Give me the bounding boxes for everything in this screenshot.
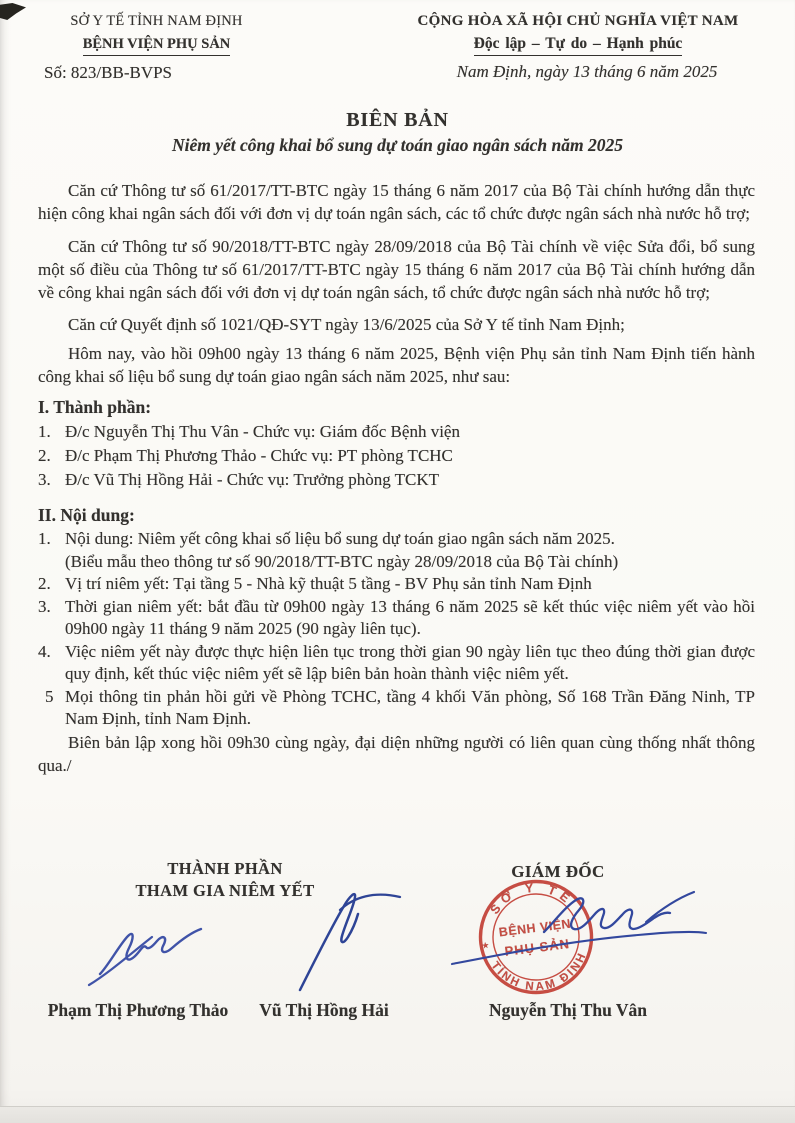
list-item: 4. Việc niêm yết này được thực hiện liên… <box>38 641 755 686</box>
section-2-heading: II. Nội dung: <box>38 503 755 527</box>
title-block: BIÊN BẢN Niêm yết công khai bổ sung dự t… <box>0 109 795 156</box>
list-item: 2. Vị trí niêm yết: Tại tầng 5 - Nhà kỹ … <box>38 573 755 596</box>
content-list: 1. Nội dung: Niêm yết công khai số liệu … <box>38 528 755 731</box>
document-body: Căn cứ Thông tư số 61/2017/TT-BTC ngày 1… <box>38 179 755 777</box>
paragraph-opening: Hôm nay, vào hồi 09h00 ngày 13 tháng 6 n… <box>38 342 755 388</box>
national-motto: Độc lập – Tự do – Hạnh phúc <box>413 35 743 56</box>
list-item: 1. Nội dung: Niêm yết công khai số liệu … <box>38 528 755 573</box>
place-and-date: Nam Định, ngày 13 tháng 6 năm 2025 <box>431 62 743 82</box>
closing-paragraph: Biên bản lập xong hồi 09h30 cùng ngày, đ… <box>38 731 755 777</box>
participants-list: 1. Đ/c Nguyễn Thị Thu Vân - Chức vụ: Giá… <box>38 420 755 492</box>
paragraph-legal-basis-3: Căn cứ Quyết định số 1021/QĐ-SYT ngày 13… <box>38 313 755 336</box>
scanned-document-page: SỞ Y TẾ TỈNH NAM ĐỊNH BỆNH VIỆN PHỤ SẢN … <box>0 0 795 1123</box>
signer-name: Vũ Thị Hồng Hải <box>248 1000 400 1021</box>
document-header: SỞ Y TẾ TỈNH NAM ĐỊNH BỆNH VIỆN PHỤ SẢN … <box>40 13 755 83</box>
national-motto-block: CỘNG HÒA XÃ HỘI CHỦ NGHĨA VIỆT NAM Độc l… <box>413 13 743 83</box>
scan-bottom-edge <box>0 1106 795 1123</box>
document-number: Số: 823/BB-BVPS <box>44 63 269 83</box>
signer-name: Nguyễn Thị Thu Vân <box>468 1000 668 1021</box>
agency-name: SỞ Y TẾ TỈNH NAM ĐỊNH <box>44 13 269 30</box>
hospital-name: BỆNH VIỆN PHỤ SẢN <box>44 36 269 56</box>
paragraph-legal-basis-2: Căn cứ Thông tư số 90/2018/TT-BTC ngày 2… <box>38 235 755 304</box>
national-title: CỘNG HÒA XÃ HỘI CHỦ NGHĨA VIỆT NAM <box>413 13 743 30</box>
list-item: 5 Mọi thông tin phản hồi gửi về Phòng TC… <box>38 686 755 731</box>
signature-area: THÀNH PHẦN THAM GIA NIÊM YẾT GIÁM ĐỐC SỞ… <box>0 850 795 1123</box>
list-item: 3. Thời gian niêm yết: bắt đầu từ 09h00 … <box>38 596 755 641</box>
scan-corner-artifact <box>0 3 26 20</box>
list-item-note: (Biểu mẫu theo thông tư số 90/2018/TT-BT… <box>65 551 755 574</box>
signature-vu-thi-hong-hai <box>292 884 407 996</box>
list-item: 1. Đ/c Nguyễn Thị Thu Vân - Chức vụ: Giá… <box>38 420 755 444</box>
paragraph-legal-basis-1: Căn cứ Thông tư số 61/2017/TT-BTC ngày 1… <box>38 179 755 225</box>
document-subtitle: Niêm yết công khai bổ sung dự toán giao … <box>0 135 795 156</box>
signature-nguyen-thi-thu-van <box>448 884 760 980</box>
signature-pham-thi-phuong-thao <box>84 916 209 994</box>
signer-name: Phạm Thị Phương Thảo <box>36 1000 240 1021</box>
issuing-agency-block: SỞ Y TẾ TỈNH NAM ĐỊNH BỆNH VIỆN PHỤ SẢN … <box>44 13 269 83</box>
list-item: 2. Đ/c Phạm Thị Phương Thảo - Chức vụ: P… <box>38 444 755 468</box>
document-title: BIÊN BẢN <box>0 109 795 132</box>
section-1-heading: I. Thành phần: <box>38 395 755 419</box>
list-item: 3. Đ/c Vũ Thị Hồng Hải - Chức vụ: Trưởng… <box>38 468 755 492</box>
